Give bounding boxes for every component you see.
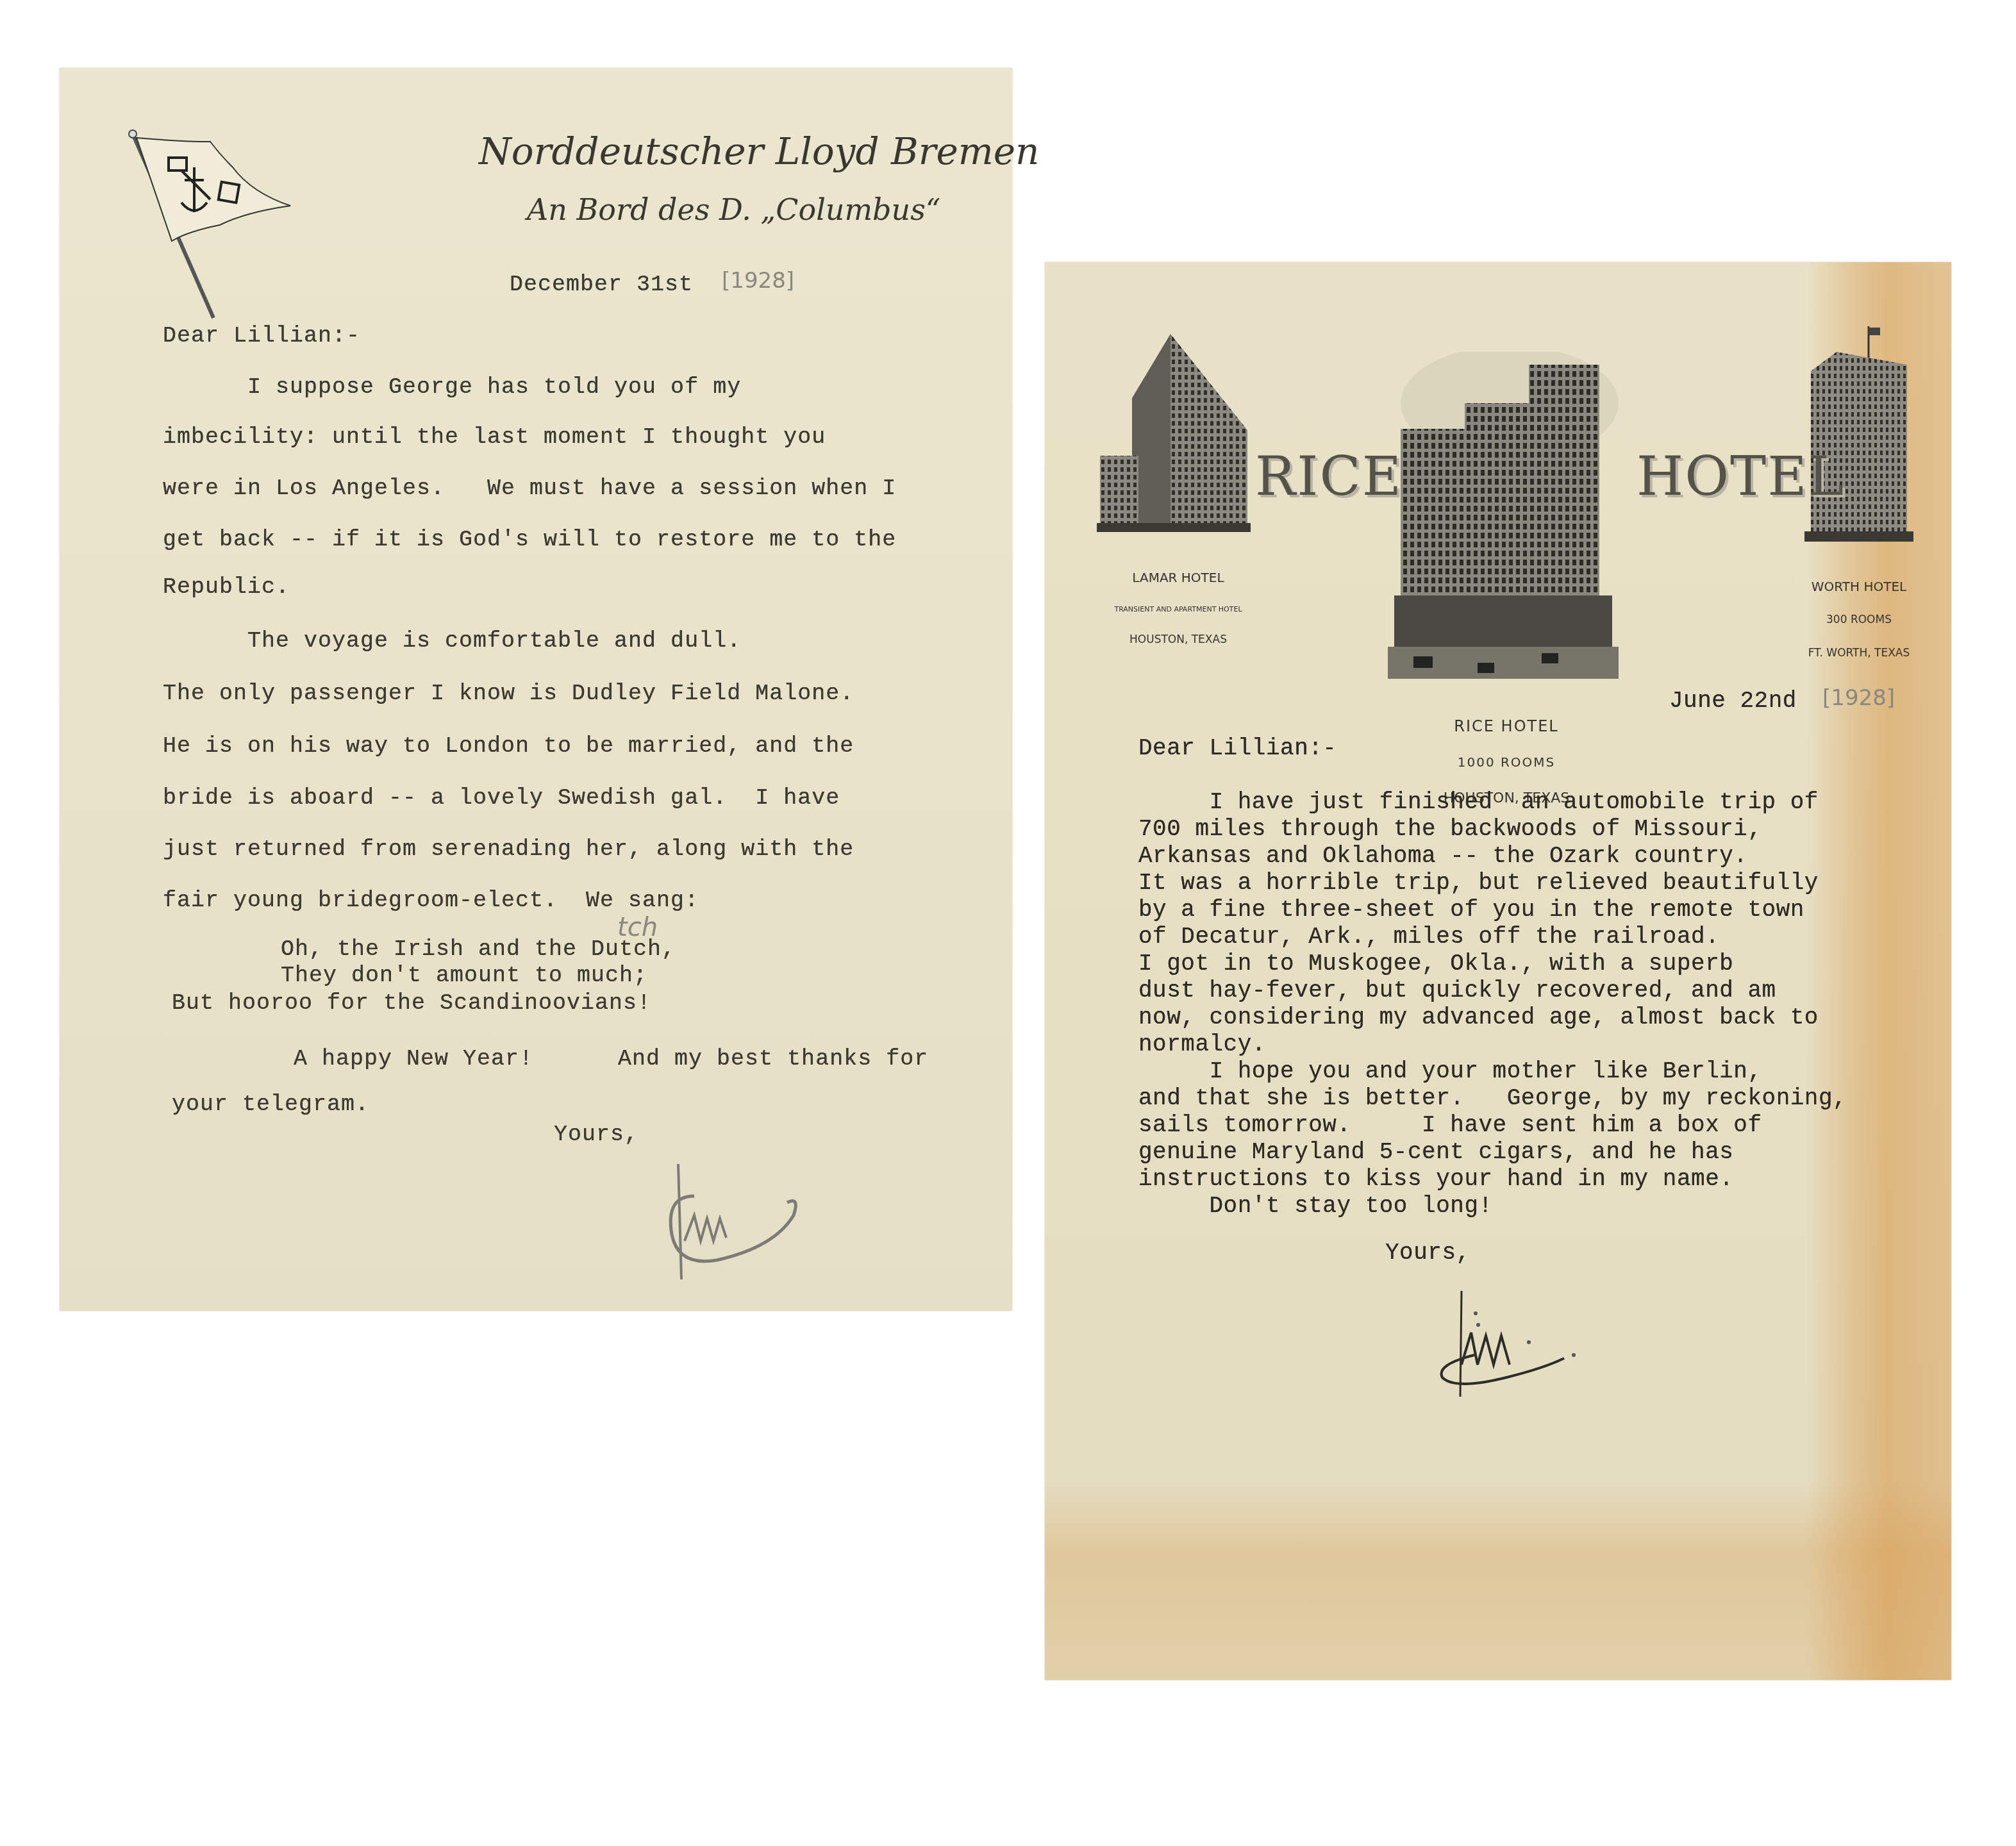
date-typed: June 22nd [1669, 688, 1797, 714]
lamar-hotel-engraving-icon [1094, 328, 1260, 545]
date-annotation: [1928] [1822, 685, 1895, 711]
poem-line: They don't amount to much; [281, 963, 647, 988]
body-line: fair young bridegroom-elect. We sang: [163, 888, 699, 913]
body-line: imbecility: until the last moment I thou… [163, 424, 826, 450]
body-line: of Decatur, Ark., miles off the railroad… [1138, 924, 1719, 950]
body-line: The voyage is comfortable and dull. [163, 628, 741, 654]
closing-line: A happy New Year! And my best thanks for [294, 1046, 928, 1072]
body-line: I got in to Muskogee, Okla., with a supe… [1138, 951, 1733, 977]
body-line: by a fine three-sheet of you in the remo… [1138, 897, 1804, 923]
letterhead-ship: An Bord des D. „Columbus“ [527, 192, 940, 227]
letter-norddeutscher-lloyd: Norddeutscher Lloyd Bremen An Bord des D… [60, 68, 1012, 1311]
salutation: Dear Lillian:- [1138, 735, 1337, 761]
letterhead-title-rice: RICE [1255, 445, 1403, 508]
body-line: now, considering my advanced age, almost… [1138, 1004, 1819, 1031]
body-line: Arkansas and Oklahoma -- the Ozark count… [1138, 843, 1747, 869]
poem-line: But hooroo for the Scandinoovians! [172, 990, 651, 1016]
body-line: dust hay-fever, but quickly recovered, a… [1138, 977, 1776, 1004]
caption-lamar-hotel: LAMAR HOTEL TRANSIENT AND APARTMENT HOTE… [1082, 549, 1274, 668]
poem-line: Oh, the Irish and the Dutch, [281, 936, 676, 962]
body-line: just returned from serenading her, along… [163, 836, 854, 862]
letter-rice-hotel: RICE HOTEL LAMAR HOTEL TRANSIENT AND APA… [1045, 262, 1951, 1680]
body-line: and that she is better. George, by my re… [1138, 1085, 1847, 1111]
salutation: Dear Lillian:- [163, 323, 360, 349]
nautical-flag-anchor-key-icon [124, 129, 303, 321]
body-line: 700 miles through the backwoods of Misso… [1138, 816, 1762, 842]
date-typed: December 31st [510, 272, 693, 297]
body-line: normalcy. [1138, 1031, 1266, 1058]
body-line: Republic. [163, 574, 290, 600]
date-annotation: [1928] [722, 268, 794, 294]
signature-pencil [659, 1158, 813, 1286]
body-line: The only passenger I know is Dudley Fiel… [163, 681, 854, 706]
body-line: He is on his way to London to be married… [163, 733, 854, 759]
valediction: Yours, [554, 1122, 638, 1147]
closing-line: your telegram. [172, 1092, 369, 1117]
body-line: I hope you and your mother like Berlin, [1138, 1058, 1762, 1085]
body-line: It was a horrible trip, but relieved bea… [1138, 870, 1819, 896]
body-line: instructions to kiss your hand in my nam… [1138, 1166, 1733, 1192]
letterhead-title-hotel: HOTEL [1637, 445, 1845, 508]
signature-ink [1436, 1288, 1603, 1403]
caption-worth-hotel: WORTH HOTEL 300 ROOMS FT. WORTH, TEXAS [1776, 558, 1942, 681]
body-line: were in Los Angeles. We must have a sess… [163, 476, 896, 501]
valediction: Yours, [1385, 1240, 1470, 1266]
body-line: genuine Maryland 5-cent cigars, and he h… [1138, 1139, 1733, 1165]
body-line: get back -- if it is God's will to resto… [163, 527, 896, 553]
body-line: sails tomorrow. I have sent him a box of [1138, 1112, 1762, 1138]
body-line: bride is aboard -- a lovely Swedish gal.… [163, 785, 840, 811]
poem-correction: tch [617, 913, 658, 942]
rice-hotel-engraving-icon [1388, 352, 1625, 692]
body-line: Don't stay too long! [1138, 1193, 1493, 1219]
body-line: I suppose George has told you of my [163, 374, 741, 400]
letterhead-company: Norddeutscher Lloyd Bremen [479, 129, 1039, 173]
body-line: I have just finished an automobile trip … [1138, 789, 1819, 815]
worth-hotel-engraving-icon [1798, 326, 1920, 551]
